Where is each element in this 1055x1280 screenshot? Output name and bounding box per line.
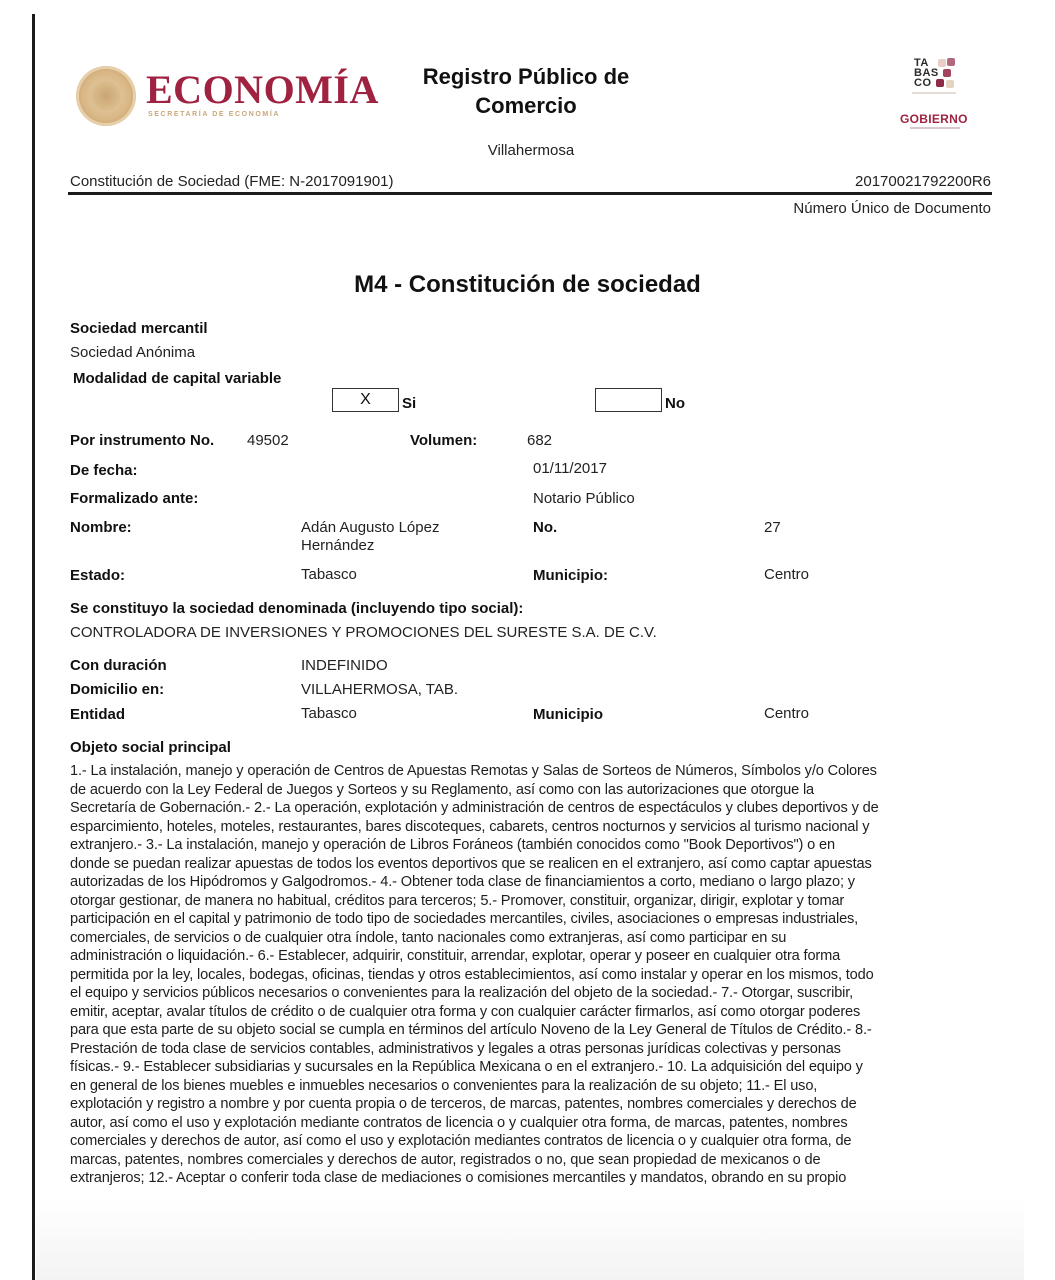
municipio-value: Centro <box>764 566 809 583</box>
modalidad-si-label: Si <box>402 395 416 412</box>
gobierno-subtitle <box>910 127 960 129</box>
duracion-value: INDEFINIDO <box>301 657 388 674</box>
entidad-label: Entidad <box>70 706 125 723</box>
objeto-line: administración o liquidación.- 6.- Estab… <box>70 947 995 966</box>
objeto-line: 1.- La instalación, manejo y operación d… <box>70 762 995 781</box>
modalidad-label: Modalidad de capital variable <box>73 370 281 387</box>
objeto-line: de acuerdo con la Ley Federal de Juegos … <box>70 781 995 800</box>
municipio2-label: Municipio <box>533 706 603 723</box>
objeto-line: para que esta parte de su objeto social … <box>70 1021 995 1040</box>
tabasco-square-icon <box>946 80 954 88</box>
objeto-line: marcas, patentes, nombres comerciales y … <box>70 1151 995 1170</box>
notario-no-label: No. <box>533 519 557 536</box>
tabasco-square-icon <box>947 58 955 66</box>
document-page: ECONOMÍA SECRETARÍA DE ECONOMÍA Registro… <box>0 0 1055 1280</box>
tabasco-gobierno-logo: TA BAS CO GOBIERNO <box>896 56 976 136</box>
form-title: M4 - Constitución de sociedad <box>0 271 1055 299</box>
estado-label: Estado: <box>70 567 125 584</box>
objeto-line: donde se puedan realizar apuestas de tod… <box>70 855 995 874</box>
mexican-seal-icon <box>76 66 136 126</box>
tabasco-square-icon <box>936 79 944 87</box>
objeto-line: participación en el capital y patrimonio… <box>70 910 995 929</box>
instrumento-label: Por instrumento No. <box>70 432 214 449</box>
denominacion-value: CONTROLADORA DE INVERSIONES Y PROMOCIONE… <box>70 624 657 641</box>
modalidad-no-label: No <box>665 395 685 412</box>
tabasco-square-icon <box>943 69 951 77</box>
nombre-value-line2: Hernández <box>301 537 374 554</box>
domicilio-value: VILLAHERMOSA, TAB. <box>301 681 458 698</box>
objeto-line: Secretaría de Gobernación.- 2.- La opera… <box>70 799 995 818</box>
objeto-line: emitir, aceptar, avalar títulos de crédi… <box>70 1003 995 1022</box>
nombre-value-line1: Adán Augusto López <box>301 519 439 536</box>
objeto-line: autorizadas de los Hipódromos y Galgodro… <box>70 873 995 892</box>
header-divider <box>68 192 992 195</box>
objeto-line: comerciales, de servicios o de cualquier… <box>70 929 995 948</box>
modalidad-si-checkbox[interactable]: X <box>332 388 399 412</box>
economia-wordmark: ECONOMÍA <box>146 68 379 112</box>
denominacion-label: Se constituyo la sociedad denominada (in… <box>70 600 523 617</box>
registry-city: Villahermosa <box>396 142 666 159</box>
gobierno-wordmark: GOBIERNO <box>900 112 968 126</box>
economia-logo: ECONOMÍA SECRETARÍA DE ECONOMÍA <box>76 64 366 128</box>
economia-subtitle: SECRETARÍA DE ECONOMÍA <box>148 111 280 118</box>
estado-value: Tabasco <box>301 566 357 583</box>
objeto-line: el equipo y servicios públicos necesario… <box>70 984 995 1003</box>
objeto-line: en general de los bienes muebles e inmue… <box>70 1077 995 1096</box>
objeto-social-text: 1.- La instalación, manejo y operación d… <box>70 762 995 1188</box>
formalizado-value: Notario Público <box>533 490 635 507</box>
modalidad-no-checkbox[interactable] <box>595 388 662 412</box>
instrumento-value: 49502 <box>247 432 289 449</box>
volumen-value: 682 <box>527 432 552 449</box>
duracion-label: Con duración <box>70 657 167 674</box>
document-type-label: Constitución de Sociedad (FME: N-2017091… <box>70 173 394 190</box>
formalizado-label: Formalizado ante: <box>70 490 198 507</box>
objeto-line: físicas.- 9.- Establecer subsidiarias y … <box>70 1058 995 1077</box>
objeto-line: otorgar gestionar, de manera no habitual… <box>70 892 995 911</box>
domicilio-label: Domicilio en: <box>70 681 164 698</box>
document-number: 20170021792200R6 <box>855 173 991 190</box>
objeto-line: esparcimiento, hoteles, moteles, restaur… <box>70 818 995 837</box>
nombre-label: Nombre: <box>70 519 132 536</box>
objeto-line: explotación y registro a nombre y por cu… <box>70 1095 995 1114</box>
municipio2-value: Centro <box>764 705 809 722</box>
objeto-line: comerciales y derechos de autor, así com… <box>70 1132 995 1151</box>
tabasco-tagline <box>912 92 956 94</box>
fecha-label: De fecha: <box>70 462 138 479</box>
notario-no-value: 27 <box>764 519 781 536</box>
tabasco-square-icon <box>938 59 946 67</box>
objeto-line: autor, así como el uso y explotación med… <box>70 1114 995 1133</box>
objeto-line: Prestación de toda clase de servicios co… <box>70 1040 995 1059</box>
objeto-line: extranjeros; 12.- Aceptar o conferir tod… <box>70 1169 995 1188</box>
objeto-line: extranjero.- 3.- La instalación, manejo … <box>70 836 995 855</box>
sociedad-mercantil-label: Sociedad mercantil <box>70 320 208 337</box>
municipio-label: Municipio: <box>533 567 608 584</box>
volumen-label: Volumen: <box>410 432 477 449</box>
fecha-value: 01/11/2017 <box>533 460 607 477</box>
registry-title: Registro Público de Comercio <box>396 62 656 120</box>
objeto-label: Objeto social principal <box>70 739 231 756</box>
objeto-line: permitida por la ley, locales, bodegas, … <box>70 966 995 985</box>
entidad-value: Tabasco <box>301 705 357 722</box>
document-number-caption: Número Único de Documento <box>793 200 991 217</box>
sociedad-mercantil-value: Sociedad Anónima <box>70 344 195 361</box>
